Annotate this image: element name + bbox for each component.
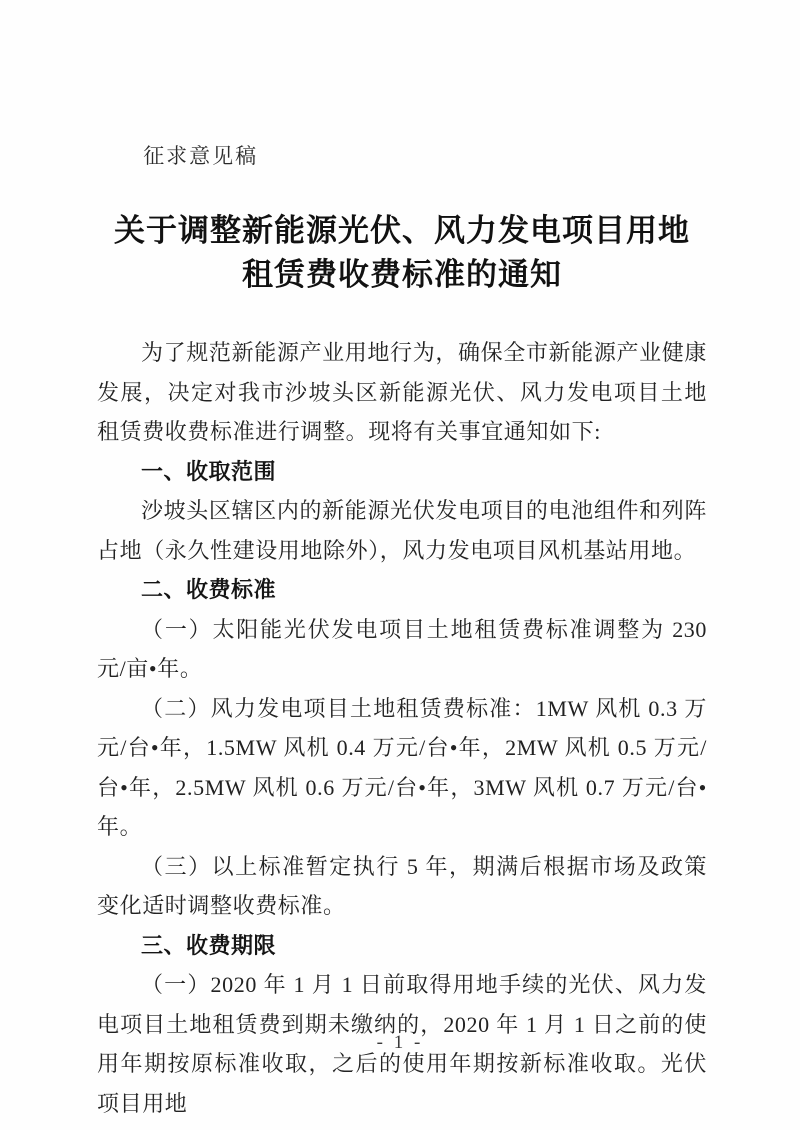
- document-page: 征求意见稿 关于调整新能源光伏、风力发电项目用地 租赁费收费标准的通知 为了规范…: [0, 0, 800, 1130]
- section-3-heading: 三、收费期限: [97, 926, 707, 966]
- section-1-paragraph: 沙坡头区辖区内的新能源光伏发电项目的电池组件和列阵占地（永久性建设用地除外），风…: [97, 491, 707, 570]
- section-2-item-2: （二）风力发电项目土地租赁费标准：1MW 风机 0.3 万元/台•年，1.5MW…: [97, 689, 707, 847]
- document-title-line-2: 租赁费收费标准的通知: [97, 253, 707, 297]
- section-2-item-1: （一）太阳能光伏发电项目土地租赁费标准调整为 230 元/亩•年。: [97, 610, 707, 689]
- document-body: 为了规范新能源产业用地行为，确保全市新能源产业健康发展，决定对我市沙坡头区新能源…: [97, 333, 707, 1123]
- draft-label: 征求意见稿: [97, 143, 707, 169]
- section-2-heading: 二、收费标准: [97, 570, 707, 610]
- document-title: 关于调整新能源光伏、风力发电项目用地 租赁费收费标准的通知: [97, 209, 707, 297]
- section-1-heading: 一、收取范围: [97, 452, 707, 492]
- intro-paragraph: 为了规范新能源产业用地行为，确保全市新能源产业健康发展，决定对我市沙坡头区新能源…: [97, 333, 707, 452]
- section-2-item-3: （三）以上标准暂定执行 5 年，期满后根据市场及政策变化适时调整收费标准。: [97, 847, 707, 926]
- document-title-line-1: 关于调整新能源光伏、风力发电项目用地: [97, 209, 707, 253]
- page-number: - 1 -: [0, 1032, 800, 1054]
